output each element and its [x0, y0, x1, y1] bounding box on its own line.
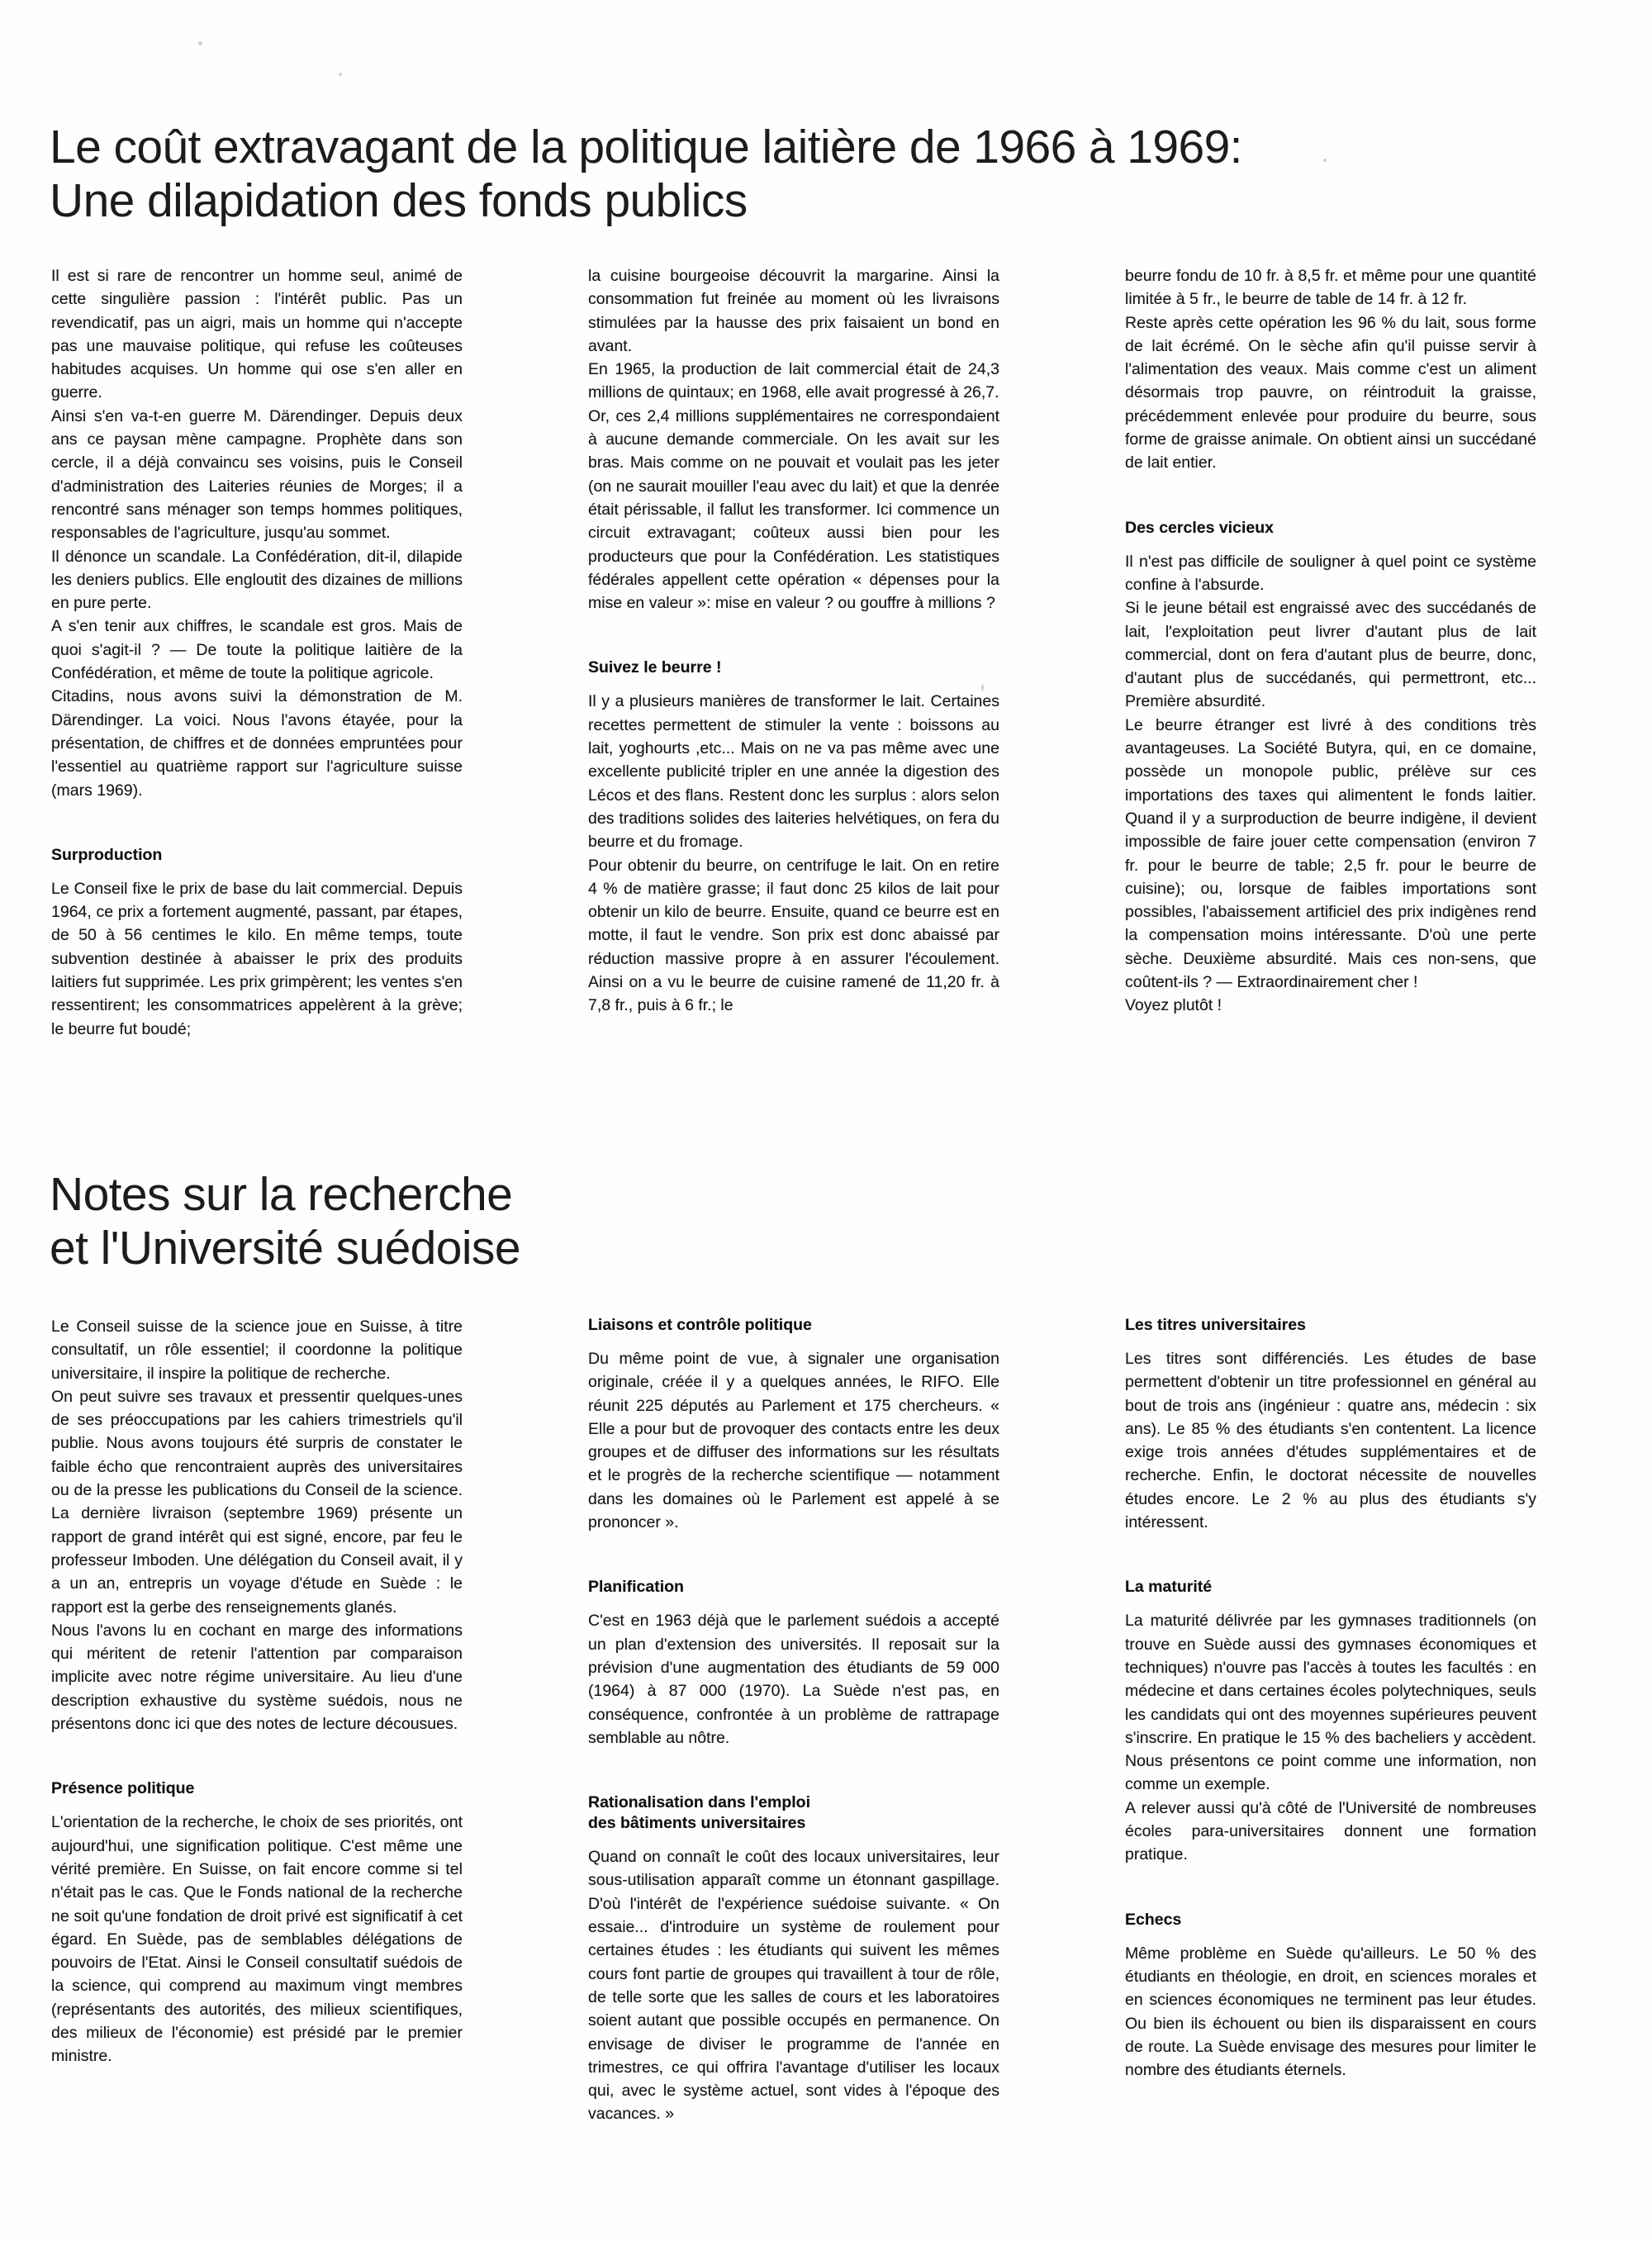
- article-2-column-3: Les titres universitairesLes titres sont…: [1125, 1315, 1536, 2082]
- paragraph: C'est en 1963 déjà que le parlement suéd…: [588, 1609, 999, 1750]
- paragraph: A relever aussi qu'à côté de l'Universit…: [1125, 1797, 1536, 1867]
- paragraph: la cuisine bourgeoise découvrit la marga…: [588, 264, 999, 358]
- paragraph: Du même point de vue, à signaler une org…: [588, 1347, 999, 1534]
- section-heading: Liaisons et contrôle politique: [588, 1315, 999, 1336]
- newspaper-page: Le coût extravagant de la politique lait…: [0, 0, 1652, 2241]
- paragraph: Or, ces 2,4 millions supplémentaires ne …: [588, 405, 999, 615]
- paragraph: Le beurre étranger est livré à des condi…: [1125, 714, 1536, 995]
- article-1-title-line-1: Le coût extravagant de la politique lait…: [50, 121, 1242, 174]
- paragraph: Les titres sont différenciés. Les études…: [1125, 1347, 1536, 1534]
- paragraph: Il dénonce un scandale. La Confédération…: [51, 545, 463, 615]
- section-heading: Surproduction: [51, 845, 463, 866]
- article-2-title-line-1: Notes sur la recherche: [50, 1168, 520, 1222]
- article-2-column-2: Liaisons et contrôle politiqueDu même po…: [588, 1315, 999, 2126]
- paragraph: beurre fondu de 10 fr. à 8,5 fr. et même…: [1125, 264, 1536, 311]
- paragraph: En 1965, la production de lait commercia…: [588, 358, 999, 405]
- section-heading: La maturité: [1125, 1577, 1536, 1598]
- paragraph: Le Conseil suisse de la science joue en …: [51, 1315, 463, 1385]
- article-1-column-3: beurre fondu de 10 fr. à 8,5 fr. et même…: [1125, 264, 1536, 1018]
- paragraph: Reste après cette opération les 96 % du …: [1125, 311, 1536, 475]
- paragraph: L'orientation de la recherche, le choix …: [51, 1811, 463, 2068]
- paragraph: Il est si rare de rencontrer un homme se…: [51, 264, 463, 405]
- article-1-column-1: Il est si rare de rencontrer un homme se…: [51, 264, 463, 1041]
- scan-speck: [198, 41, 202, 45]
- paragraph: A s'en tenir aux chiffres, le scandale e…: [51, 615, 463, 685]
- article-2-title-line-2: et l'Université suédoise: [50, 1222, 520, 1275]
- section-heading: Planification: [588, 1577, 999, 1598]
- paragraph: Si le jeune bétail est engraissé avec de…: [1125, 596, 1536, 713]
- scan-speck: [1323, 159, 1327, 162]
- section-heading: Rationalisation dans l'emploi des bâtime…: [588, 1792, 999, 1834]
- paragraph: Il y a plusieurs manières de transformer…: [588, 690, 999, 853]
- paragraph: Le Conseil fixe le prix de base du lait …: [51, 877, 463, 1041]
- article-1-title-line-2: Une dilapidation des fonds publics: [50, 174, 1242, 228]
- paragraph: Il n'est pas difficile de souligner à qu…: [1125, 550, 1536, 597]
- paragraph: Citadins, nous avons suivi la démonstrat…: [51, 685, 463, 801]
- paragraph: Voyez plutôt !: [1125, 994, 1536, 1017]
- article-2-column-1: Le Conseil suisse de la science joue en …: [51, 1315, 463, 2068]
- section-heading: Les titres universitaires: [1125, 1315, 1536, 1336]
- section-heading: Echecs: [1125, 1910, 1536, 1930]
- article-2-title: Notes sur la recherche et l'Université s…: [50, 1168, 520, 1275]
- paragraph: La maturité délivrée par les gymnases tr…: [1125, 1609, 1536, 1796]
- paragraph: Même problème en Suède qu'ailleurs. Le 5…: [1125, 1942, 1536, 2082]
- paragraph: Quand on connaît le coût des locaux univ…: [588, 1845, 999, 2126]
- article-1-title: Le coût extravagant de la politique lait…: [50, 121, 1242, 228]
- section-heading: Suivez le beurre !: [588, 658, 999, 678]
- article-1-column-2: la cuisine bourgeoise découvrit la marga…: [588, 264, 999, 1018]
- paragraph: Nous l'avons lu en cochant en marge des …: [51, 1619, 463, 1735]
- scan-speck: [981, 684, 984, 691]
- section-heading: Des cercles vicieux: [1125, 518, 1536, 539]
- paragraph: Ainsi s'en va-t-en guerre M. Därendinger…: [51, 405, 463, 545]
- scan-speck: [339, 73, 342, 76]
- paragraph: Pour obtenir du beurre, on centrifuge le…: [588, 854, 999, 1018]
- section-heading: Présence politique: [51, 1778, 463, 1799]
- paragraph: On peut suivre ses travaux et pressentir…: [51, 1385, 463, 1619]
